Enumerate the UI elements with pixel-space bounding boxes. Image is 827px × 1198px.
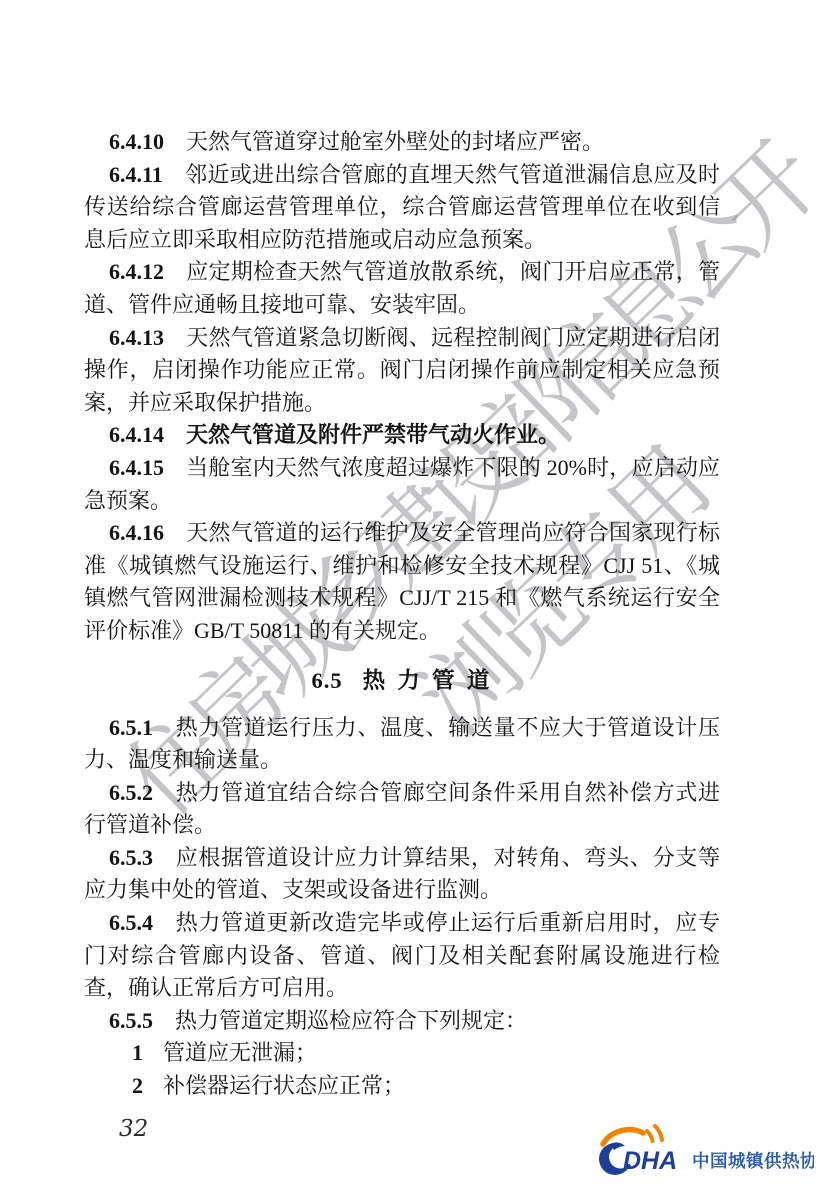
clause-6-5-4: 6.5.4热力管道更新改造完毕或停止运行后重新启用时，应专门对综合管廊内设备、管… — [84, 907, 720, 1005]
clause-6-5-3: 6.5.3应根据管道设计应力计算结果，对转角、弯头、分支等应力集中处的管道、支架… — [84, 842, 720, 907]
clause-number: 6.4.13 — [109, 325, 164, 350]
section-number: 6.5 — [312, 668, 343, 693]
clause-6-4-11: 6.4.11邻近或进出综合管廊的直埋天然气管道泄漏信息应及时传送给综合管廊运营管… — [84, 159, 720, 257]
clause-text: 邻近或进出综合管廊的直埋天然气管道泄漏信息应及时传送给综合管廊运营管理单位，综合… — [84, 162, 720, 252]
clause-text: 当舱室内天然气浓度超过爆炸下限的 20%时，应启动应急预案。 — [84, 455, 720, 513]
section-heading-6-5: 6.5热 力 管 道 — [84, 663, 720, 699]
clause-number: 6.4.12 — [109, 259, 164, 284]
clause-6-5-2: 6.5.2热力管道宜结合综合管廊空间条件采用自然补偿方式进行管道补偿。 — [84, 777, 720, 842]
clause-number: 6.4.14 — [109, 422, 164, 447]
clause-text: 热力管道更新改造完毕或停止运行后重新启用时，应专门对综合管廊内设备、管道、阀门及… — [84, 910, 720, 1000]
clause-text: 应根据管道设计应力计算结果，对转角、弯头、分支等应力集中处的管道、支架或设备进行… — [84, 845, 720, 903]
clause-6-4-12: 6.4.12应定期检查天然气管道放散系统，阀门开启应正常，管道、管件应通畅且接地… — [84, 256, 720, 321]
clause-number: 6.4.15 — [109, 455, 164, 480]
clause-number: 6.5.1 — [109, 715, 153, 740]
clause-6-5-1: 6.5.1热力管道运行压力、温度、输送量不应大于管道设计压力、温度和输送量。 — [84, 712, 720, 777]
clause-number: 6.4.16 — [109, 520, 164, 545]
clause-number: 6.4.11 — [109, 162, 163, 187]
clause-text: 天然气管道穿过舱室外壁处的封堵应严密。 — [186, 129, 604, 154]
list-item-1: 1管道应无泄漏； — [84, 1037, 720, 1070]
clause-text-bold: 天然气管道及附件严禁带气动火作业。 — [186, 422, 560, 447]
clause-6-5-5: 6.5.5热力管道定期巡检应符合下列规定： — [84, 1005, 720, 1038]
clause-number: 6.5.2 — [109, 780, 153, 805]
clause-text: 热力管道宜结合综合管廊空间条件采用自然补偿方式进行管道补偿。 — [84, 780, 720, 838]
clause-text: 应定期检查天然气管道放散系统，阀门开启应正常，管道、管件应通畅且接地可靠、安装牢… — [84, 259, 720, 317]
list-item-number: 2 — [132, 1073, 143, 1098]
clause-text: 天然气管道紧急切断阀、远程控制阀门应定期进行启闭操作，启闭操作功能应正常。阀门启… — [84, 325, 720, 415]
clause-number: 6.5.4 — [109, 910, 153, 935]
page-number: 32 — [119, 1116, 148, 1142]
dha-logo-org-name: 中国城镇供热协会 — [692, 1151, 814, 1171]
list-item-text: 管道应无泄漏； — [163, 1040, 317, 1065]
clause-6-4-14-mandatory: 6.4.14天然气管道及附件严禁带气动火作业。 — [84, 419, 720, 452]
list-item-text: 补偿器运行状态应正常； — [163, 1073, 405, 1098]
list-item-number: 1 — [132, 1040, 143, 1065]
clause-text: 天然气管道的运行维护及安全管理尚应符合国家现行标准《城镇燃气设施运行、维护和检修… — [84, 520, 720, 643]
clause-number: 6.5.5 — [109, 1008, 153, 1033]
list-item-2: 2补偿器运行状态应正常； — [84, 1070, 720, 1103]
clause-number: 6.5.3 — [109, 845, 153, 870]
dha-logo-abbr: DHA — [623, 1147, 677, 1175]
dha-association-logo: DHA 中国城镇供热协会 — [598, 1122, 814, 1182]
document-page: 住房城乡建设部信息公开 浏览专用 6.4.10天然气管道穿过舱室外壁处的封堵应严… — [0, 0, 827, 1198]
document-body: 6.4.10天然气管道穿过舱室外壁处的封堵应严密。 6.4.11邻近或进出综合管… — [84, 126, 720, 1103]
clause-6-4-15: 6.4.15当舱室内天然气浓度超过爆炸下限的 20%时，应启动应急预案。 — [84, 452, 720, 517]
section-title: 热 力 管 道 — [363, 668, 493, 693]
clause-text: 热力管道运行压力、温度、输送量不应大于管道设计压力、温度和输送量。 — [84, 715, 720, 773]
clause-6-4-13: 6.4.13天然气管道紧急切断阀、远程控制阀门应定期进行启闭操作，启闭操作功能应… — [84, 322, 720, 420]
clause-6-4-10: 6.4.10天然气管道穿过舱室外壁处的封堵应严密。 — [84, 126, 720, 159]
clause-text: 热力管道定期巡检应符合下列规定： — [175, 1008, 527, 1033]
clause-6-4-16: 6.4.16天然气管道的运行维护及安全管理尚应符合国家现行标准《城镇燃气设施运行… — [84, 517, 720, 647]
clause-number: 6.4.10 — [109, 129, 164, 154]
